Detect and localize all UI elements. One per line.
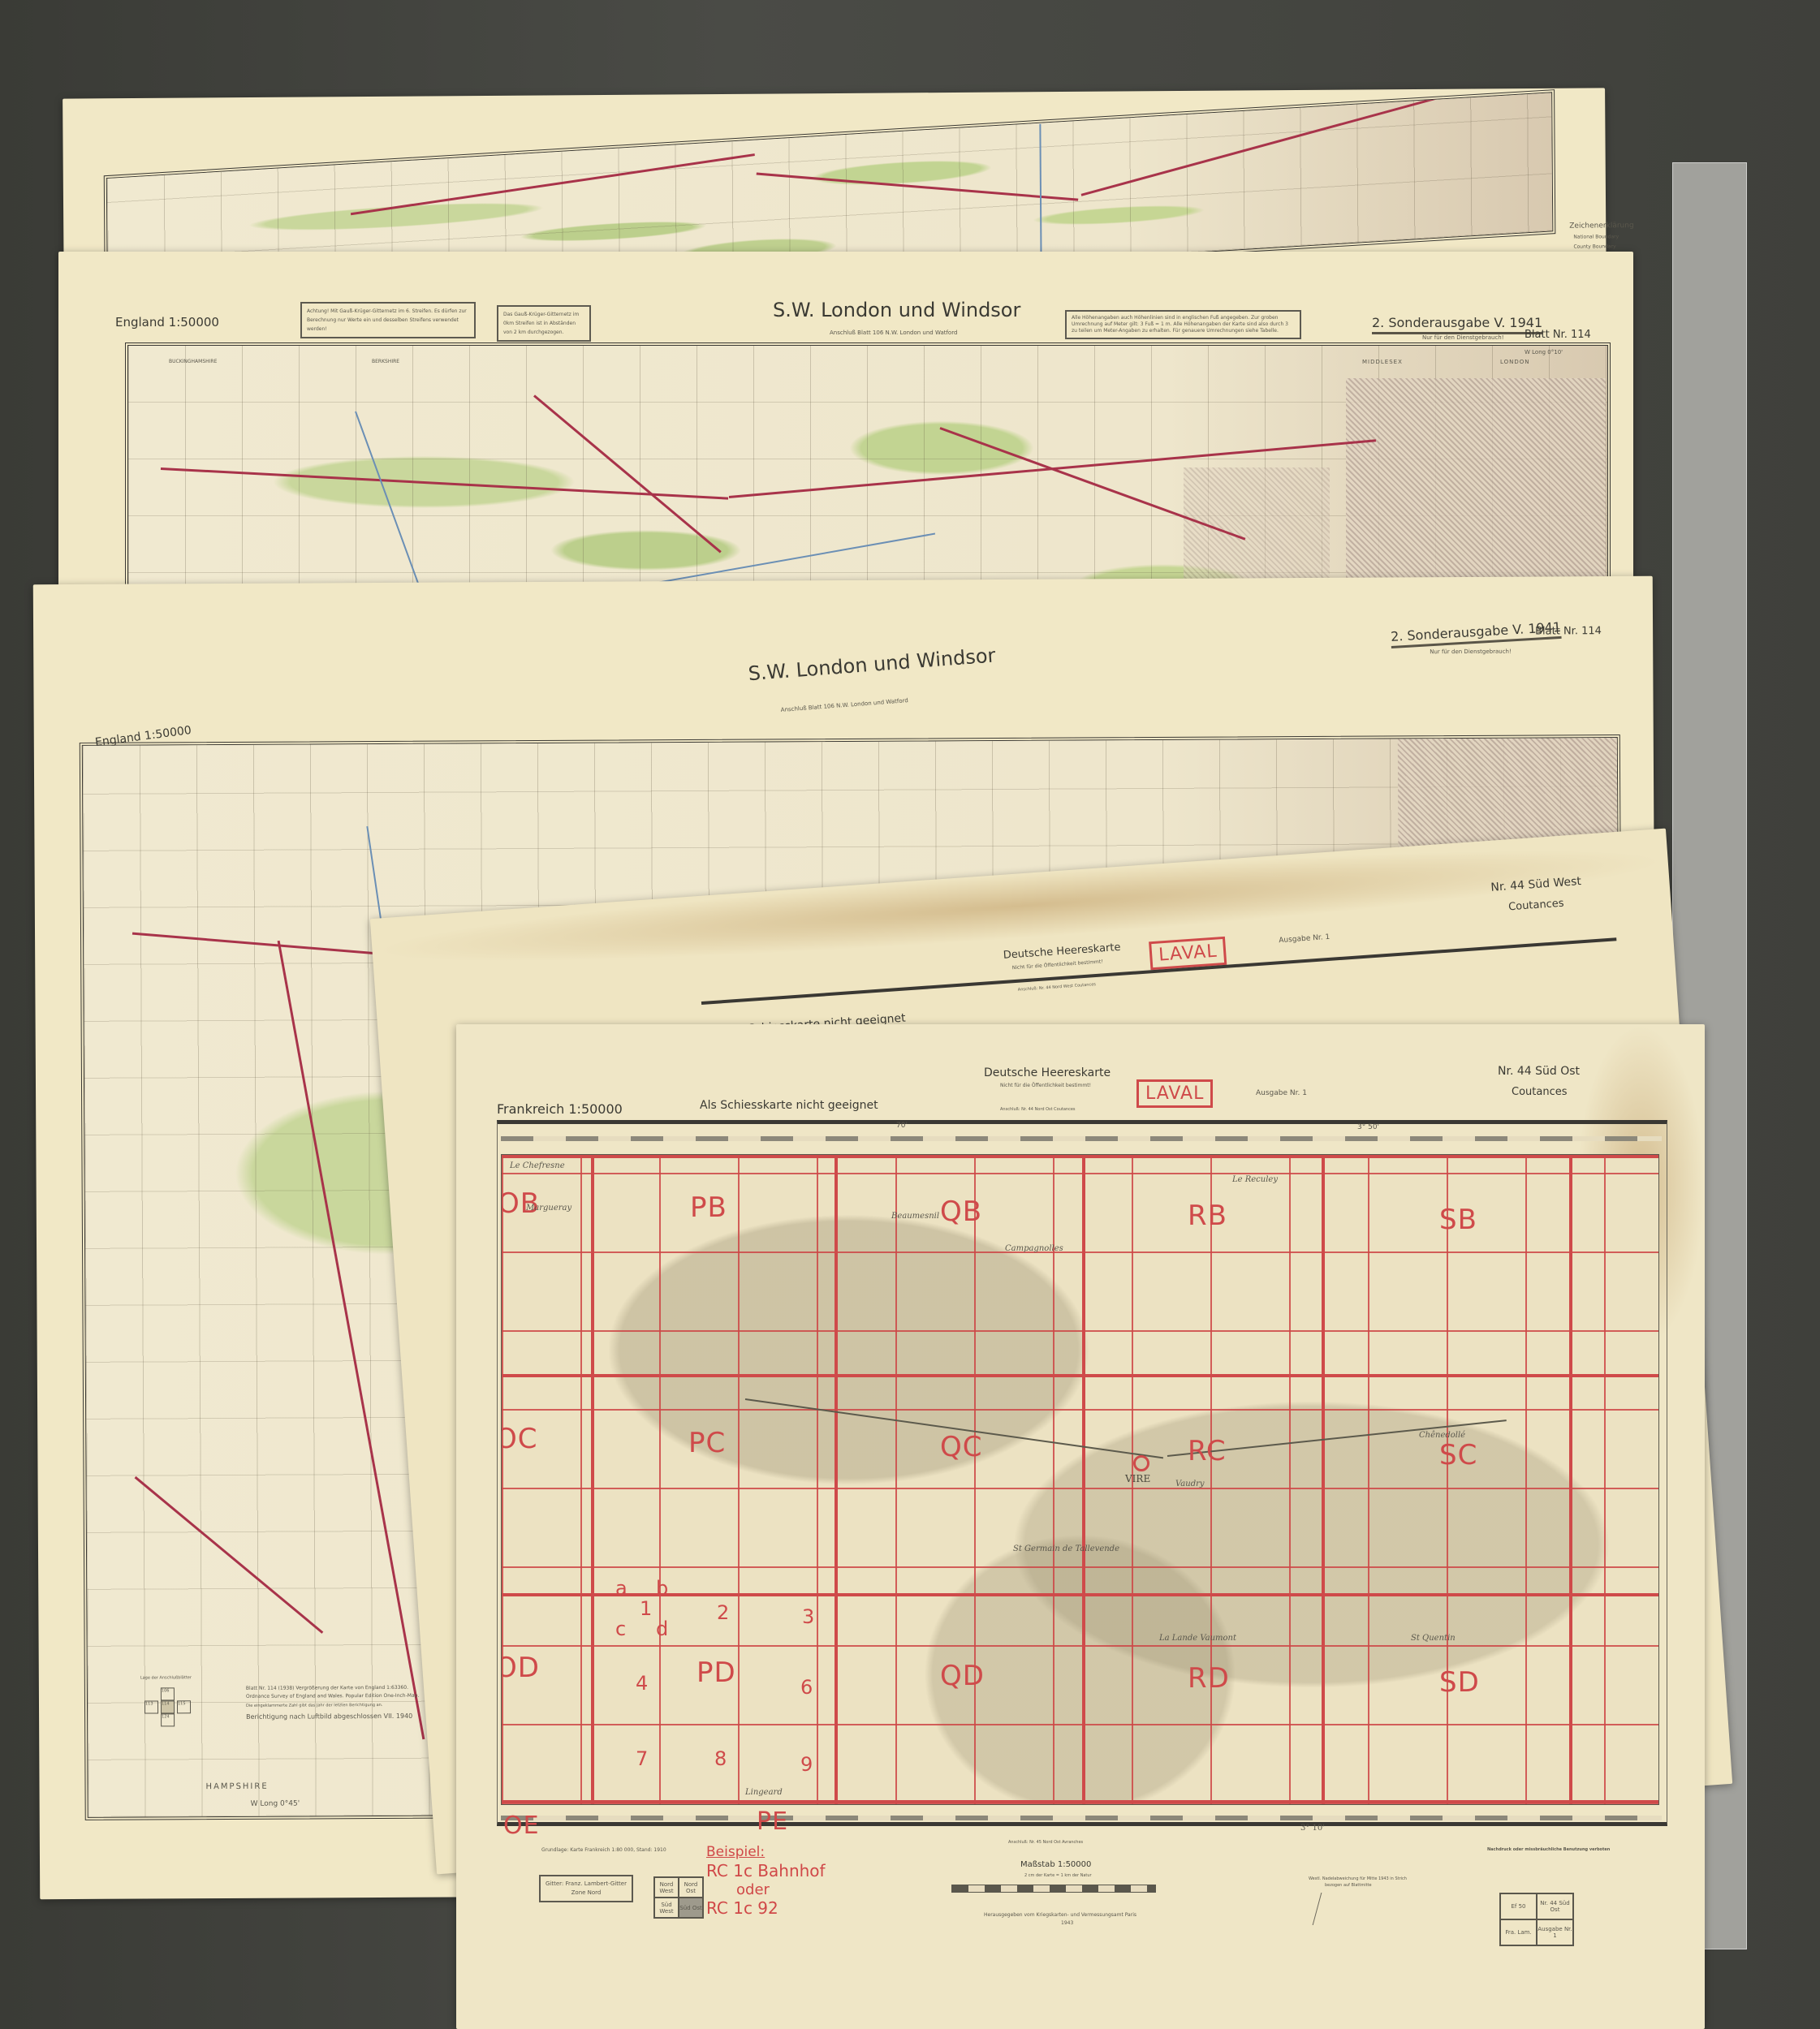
index-sud-ost: Süd Ost bbox=[679, 1898, 703, 1918]
grid-label-oc: OC bbox=[501, 1423, 538, 1455]
grid-label-qc: QC bbox=[940, 1431, 983, 1463]
grid-label-qb: QB bbox=[940, 1195, 982, 1228]
map-sheet-coutances-sud-ost: Frankreich 1:50000 Als Schiesskarte nich… bbox=[456, 1024, 1705, 2029]
place-beaumesnil: Beaumesnil bbox=[891, 1212, 939, 1221]
index-nord-ost: Nord Ost bbox=[679, 1877, 703, 1898]
london-b-source-note: Die eingeklammerte Zahl gibt das Jahr de… bbox=[246, 1703, 382, 1708]
london-b-title: S.W. London und Windsor bbox=[748, 644, 997, 685]
so-publisher: Herausgegeben vom Kriegskarten- und Verm… bbox=[984, 1912, 1136, 1918]
place-chenedolle: Chênedollé bbox=[1419, 1431, 1465, 1440]
subcell-8: 8 bbox=[714, 1747, 727, 1770]
subcell-b: b bbox=[656, 1577, 668, 1600]
place-st-germain: St Germain de Tallevende bbox=[1013, 1544, 1119, 1553]
so-scale-sub: 2 cm der Karte = 1 km der Natur bbox=[1024, 1873, 1092, 1878]
subcell-4: 4 bbox=[636, 1672, 648, 1695]
info-cell-ef50: Ef 50 bbox=[1500, 1893, 1537, 1919]
subcell-6: 6 bbox=[800, 1676, 813, 1699]
sw-restriction: Nicht für die Öffentlichkeit bestimmt! bbox=[1012, 958, 1103, 971]
place-vaudry: Vaudry bbox=[1175, 1480, 1205, 1488]
subcell-c: c bbox=[615, 1618, 626, 1640]
info-cell-sheet: Nr. 44 Süd Ost bbox=[1537, 1893, 1573, 1919]
county-label-hampshire: HAMPSHIRE bbox=[206, 1782, 269, 1791]
so-sheet-index: Nord West Nord Ost Süd West Süd Ost bbox=[653, 1876, 704, 1919]
subcell-2: 2 bbox=[717, 1601, 729, 1624]
subcell-a: a bbox=[615, 1577, 628, 1600]
sw-adjoining: Anschluß: Nr. 44 Nord West Coutances bbox=[1018, 982, 1097, 993]
grid-label-pd: PD bbox=[697, 1656, 736, 1689]
grid-label-sb: SB bbox=[1439, 1204, 1477, 1236]
london-b-restriction: Nur für den Dienstgebrauch! bbox=[1430, 648, 1512, 656]
so-copyright: Nachdruck oder missbräuchliche Benutzung… bbox=[1487, 1847, 1610, 1852]
grid-label-rb: RB bbox=[1188, 1200, 1227, 1232]
so-sheet-number: Nr. 44 Süd Ost bbox=[1498, 1065, 1580, 1078]
grid-label-sd: SD bbox=[1439, 1666, 1480, 1699]
index-cell-115: 115 bbox=[177, 1700, 191, 1713]
info-cell-grid: Fra. Lam. bbox=[1500, 1919, 1537, 1945]
example-line-2: RC 1c 92 bbox=[706, 1894, 778, 1922]
so-top-coord-2: 70' bbox=[896, 1122, 908, 1130]
so-sheet-name: Coutances bbox=[1512, 1086, 1568, 1098]
sw-edition: Ausgabe Nr. 1 bbox=[1279, 933, 1330, 945]
so-info-table: Ef 50 Nr. 44 Süd Ost Fra. Lam. Ausgabe N… bbox=[1499, 1893, 1574, 1946]
subcell-3: 3 bbox=[802, 1605, 814, 1628]
place-le-chefresne: Le Chefresne bbox=[510, 1161, 565, 1170]
legend-title: Zeichenerklärung bbox=[1569, 222, 1633, 230]
index-cell-124: 124 bbox=[161, 1713, 175, 1726]
index-cell-113: 113 bbox=[144, 1700, 158, 1713]
grid-label-qd: QD bbox=[940, 1660, 985, 1692]
so-basis: Grundlage: Karte Frankreich 1:80 000, St… bbox=[541, 1847, 666, 1853]
place-la-lande-vaumont: La Lande Vaumont bbox=[1159, 1634, 1236, 1643]
london-a-edition: 2. Sonderausgabe V. 1941 bbox=[1372, 315, 1542, 334]
county-label-berkshire: BERKSHIRE bbox=[372, 359, 399, 364]
place-campagnolles: Campagnolles bbox=[1005, 1244, 1063, 1253]
london-b-source-2: Ordnance Survey of England and Wales. Po… bbox=[246, 1693, 419, 1699]
place-lingeard: Lingeard bbox=[745, 1788, 783, 1797]
place-margueray: Margueray bbox=[526, 1204, 571, 1213]
london-b-correction: Berichtigung nach Luftbild abgeschlossen… bbox=[246, 1712, 412, 1721]
so-warning: Als Schiesskarte nicht geeignet bbox=[700, 1099, 878, 1112]
so-map-area: OB PB QB RB SB OC PC QC RC SC OD PD QD R… bbox=[501, 1154, 1659, 1805]
so-scale-title: Maßstab 1:50000 bbox=[1020, 1860, 1091, 1869]
london-a-title: S.W. London und Windsor bbox=[773, 299, 1020, 321]
london-b-sheet-index: 106 113 114 115 124 bbox=[144, 1687, 201, 1736]
place-st-quentin: St Quentin bbox=[1411, 1634, 1456, 1643]
index-nord-west: Nord West bbox=[654, 1877, 679, 1898]
subcell-7: 7 bbox=[636, 1747, 648, 1770]
so-scale-bar bbox=[951, 1885, 1156, 1893]
london-b-bottom-longitude: W Long 0°45' bbox=[251, 1800, 300, 1808]
london-b-source-1: Blatt Nr. 114 (1938) Vergrößerung der Ka… bbox=[246, 1685, 408, 1691]
so-series: Deutsche Heereskarte bbox=[984, 1066, 1111, 1079]
index-cell-114: 114 bbox=[161, 1700, 175, 1713]
so-grid-box-line2: Zone Nord bbox=[546, 1889, 627, 1898]
grid-label-pb: PB bbox=[690, 1191, 727, 1224]
legend-item-county-boundary: County Boundary bbox=[1573, 243, 1615, 249]
legend-item-national-boundary: National Boundary bbox=[1573, 234, 1619, 239]
london-a-scale: England 1:50000 bbox=[115, 315, 219, 330]
so-declination-title: Westl. Nadelabweichung für Mitte 1943 in… bbox=[1309, 1876, 1407, 1881]
london-a-height-note: Alle Höhenangaben auch Höhenlinien sind … bbox=[1065, 310, 1301, 339]
so-top-coord-1: 3° 50' bbox=[1357, 1123, 1379, 1131]
so-scale: Frankreich 1:50000 bbox=[497, 1101, 623, 1117]
london-a-adjoining: Anschluß Blatt 106 N.W. London und Watfo… bbox=[830, 330, 957, 336]
london-b-sheet-number: Blatt Nr. 114 bbox=[1535, 625, 1602, 637]
london-a-grid-note: Das Gauß-Krüger-Gitternetz im 0km Streif… bbox=[497, 305, 591, 342]
so-restriction: Nicht für die Öffentlichkeit bestimmt! bbox=[1000, 1083, 1091, 1088]
so-scale-border-bottom bbox=[501, 1816, 1662, 1820]
so-grid-box-line1: Gitter: Franz. Lambert-Gitter bbox=[546, 1880, 627, 1889]
sw-series: Deutsche Heereskarte bbox=[1003, 941, 1121, 962]
info-cell-edition: Ausgabe Nr. 1 bbox=[1537, 1919, 1573, 1945]
so-adjoining-bottom: Anschluß: Nr. 45 Nord Ost Avranches bbox=[1008, 1840, 1083, 1845]
london-a-sheet-number: Blatt Nr. 114 bbox=[1525, 329, 1591, 341]
grid-label-sc: SC bbox=[1439, 1439, 1477, 1471]
so-adjoining-top: Anschluß: Nr. 44 Nord Ost Coutances bbox=[1000, 1107, 1076, 1112]
london-b-index-label: Lage der Anschlußblätter bbox=[140, 1675, 192, 1680]
so-scale-border-top bbox=[501, 1136, 1662, 1141]
grid-label-rc: RC bbox=[1188, 1435, 1227, 1467]
london-a-restriction: Nur für den Dienstgebrauch! bbox=[1422, 334, 1504, 341]
subcell-1: 1 bbox=[640, 1597, 652, 1620]
vire-marker-icon bbox=[1133, 1455, 1149, 1471]
subcell-d: d bbox=[656, 1618, 668, 1640]
so-bottom-coord: 3° 10' bbox=[1300, 1824, 1325, 1833]
place-vire: VIRE bbox=[1125, 1473, 1150, 1484]
london-a-longitude: W Long 0°10' bbox=[1525, 349, 1563, 355]
so-laval-stamp: LAVAL bbox=[1136, 1079, 1213, 1108]
so-declination-sub: bezogen auf Blattmitte bbox=[1325, 1883, 1372, 1888]
grid-label-oe: OE bbox=[503, 1811, 540, 1840]
county-label-london: LONDON bbox=[1500, 359, 1530, 365]
county-label-buckinghamshire: BUCKINGHAMSHIRE bbox=[169, 359, 217, 364]
london-b-adjoining: Anschluß Blatt 106 N.W. London und Watfo… bbox=[780, 697, 908, 713]
grid-label-pc: PC bbox=[688, 1427, 726, 1459]
so-year: 1943 bbox=[1061, 1920, 1073, 1926]
index-cell-106: 106 bbox=[161, 1687, 175, 1700]
grid-label-rd: RD bbox=[1188, 1662, 1230, 1695]
county-label-middlesex: MIDDLESEX bbox=[1362, 359, 1403, 365]
subcell-9: 9 bbox=[800, 1753, 813, 1776]
index-sud-west: Süd West bbox=[654, 1898, 679, 1918]
london-a-gauss-note: Achtung! Mit Gauß-Krüger-Gitternetz im 6… bbox=[300, 302, 476, 338]
grid-label-od: OD bbox=[501, 1652, 540, 1684]
grid-label-pe: PE bbox=[757, 1807, 788, 1836]
so-edition: Ausgabe Nr. 1 bbox=[1256, 1089, 1307, 1097]
so-grid-box: Gitter: Franz. Lambert-Gitter Zone Nord bbox=[539, 1875, 633, 1902]
place-le-reculey: Le Reculey bbox=[1232, 1175, 1278, 1184]
declination-diagram-icon bbox=[1313, 1893, 1340, 1925]
